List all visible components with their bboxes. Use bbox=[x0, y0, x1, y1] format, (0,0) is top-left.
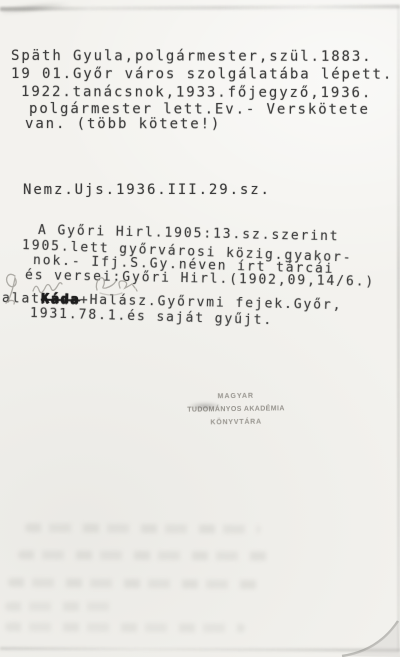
pencil-word-1 bbox=[33, 283, 62, 293]
bleed-through-line bbox=[8, 578, 263, 589]
top-left-smudge bbox=[2, 0, 73, 16]
typed-line-reference: Nemz.Ujs.1936.III.29.sz. bbox=[23, 182, 271, 198]
typed-line-bio-3: 1922.tanácsnok,1933.főjegyző,1936. bbox=[21, 84, 372, 101]
typed-line-bio-5: van. (több kötete!) bbox=[25, 116, 221, 132]
corner-curl-shadow bbox=[340, 607, 400, 657]
pencil-annotation bbox=[0, 262, 175, 317]
pencil-word-2 bbox=[96, 278, 116, 290]
bleed-through-line bbox=[18, 550, 273, 560]
stamp-ink-smudge bbox=[188, 402, 222, 411]
scanned-library-card: Späth Gyula,polgármester,szül.1883. 19 0… bbox=[0, 0, 400, 657]
stamp-line-3: KÖNYVTÁRA bbox=[173, 415, 299, 430]
typed-line-bio-1: Späth Gyula,polgármester,szül.1883. bbox=[11, 48, 373, 65]
bleed-through-line bbox=[25, 523, 260, 534]
pencil-margin-mark bbox=[7, 274, 17, 302]
typed-line-bio-2: 19 01.Győr város szolgálatába lépett. bbox=[11, 66, 393, 83]
bleed-through-line bbox=[5, 622, 245, 632]
bleed-through-line bbox=[5, 602, 115, 611]
